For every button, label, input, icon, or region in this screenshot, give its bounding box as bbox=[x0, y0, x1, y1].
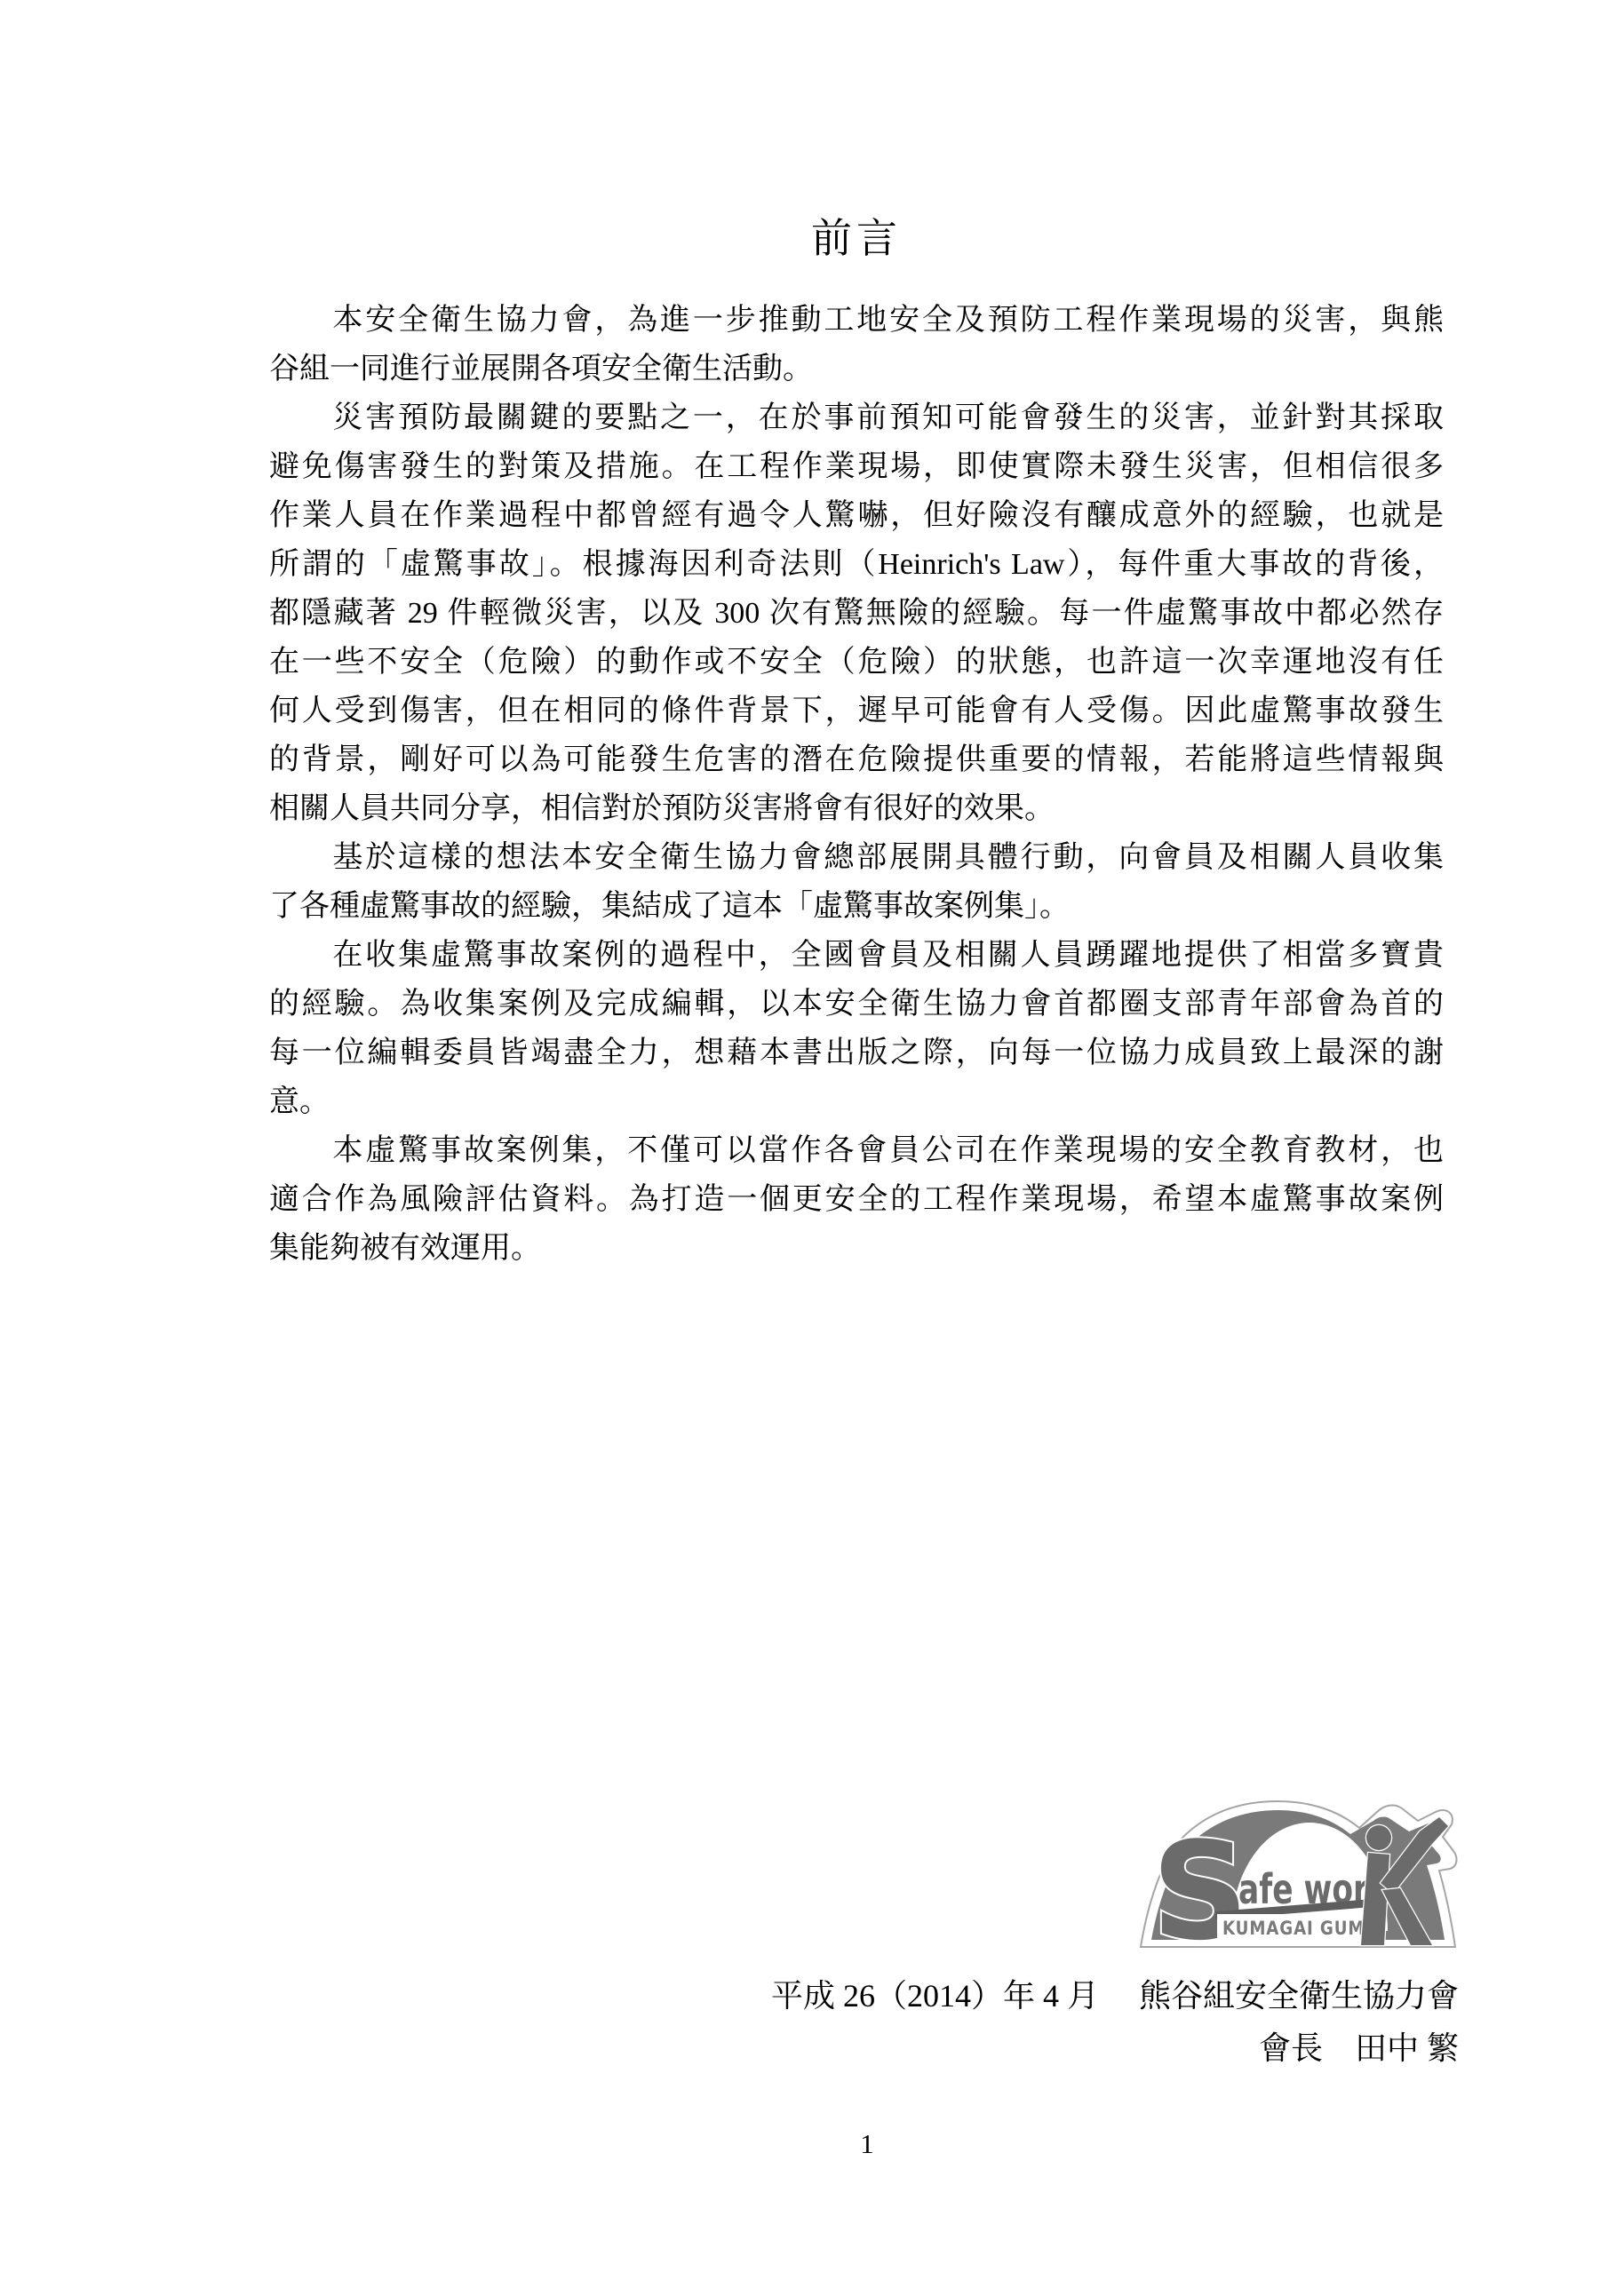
logo-banner-text: KUMAGAI GUMI bbox=[1222, 1918, 1372, 1939]
body-line: 的經驗。為收集案例及完成編輯，以本安全衛生協力會首都圈支部青年部會為首的 bbox=[269, 980, 1444, 1029]
body-line: 意。 bbox=[269, 1077, 1444, 1126]
body-line: 本安全衛生協力會，為進一步推動工地安全及預防工程作業現場的災害，與熊 bbox=[269, 296, 1444, 345]
publication-line: 平成 26（2014）年 4 月 熊谷組安全衛生協力會 bbox=[269, 1970, 1459, 2022]
safework-logo-icon: S afe wor KUMAGAI GUMI bbox=[1126, 1798, 1468, 1958]
body-line: 谷組一同進行並展開各項安全衛生活動。 bbox=[269, 345, 1444, 393]
footer-block: 平成 26（2014）年 4 月 熊谷組安全衛生協力會 會長 田中 繁 bbox=[269, 1970, 1459, 2075]
body-line: 適合作為風險評估資料。為打造一個更安全的工程作業現場，希望本虛驚事故案例 bbox=[269, 1175, 1444, 1224]
preface-body: 本安全衛生協力會，為進一步推動工地安全及預防工程作業現場的災害，與熊谷組一同進行… bbox=[269, 296, 1444, 1273]
body-line: 避免傷害發生的對策及措施。在工程作業現場，即使實際未發生災害，但相信很多 bbox=[269, 442, 1444, 491]
body-line: 何人受到傷害，但在相同的條件背景下，遲早可能會有人受傷。因此虛驚事故發生 bbox=[269, 687, 1444, 735]
safework-logo: S afe wor KUMAGAI GUMI bbox=[1126, 1798, 1468, 1958]
body-line: 所謂的「虛驚事故」。根據海因利奇法則（Heinrich's Law），每件重大事… bbox=[269, 540, 1444, 589]
body-line: 相關人員共同分享，相信對於預防災害將會有很好的效果。 bbox=[269, 784, 1444, 833]
body-line: 在收集虛驚事故案例的過程中，全國會員及相關人員踴躍地提供了相當多寶貴 bbox=[269, 931, 1444, 980]
body-line: 集能夠被有效運用。 bbox=[269, 1224, 1444, 1273]
body-line: 基於這樣的想法本安全衛生協力會總部展開具體行動，向會員及相關人員收集 bbox=[269, 833, 1444, 882]
body-line: 每一位編輯委員皆竭盡全力，想藉本書出版之際，向每一位協力成員致上最深的謝 bbox=[269, 1029, 1444, 1077]
body-line: 了各種虛驚事故的經驗，集結成了這本「虛驚事故案例集」。 bbox=[269, 882, 1444, 931]
body-line: 本虛驚事故案例集，不僅可以當作各會員公司在作業現場的安全教育教材，也 bbox=[269, 1126, 1444, 1175]
body-line: 災害預防最關鍵的要點之一，在於事前預知可能會發生的災害，並針對其採取 bbox=[269, 393, 1444, 442]
body-line: 都隱藏著 29 件輕微災害，以及 300 次有驚無險的經驗。每一件虛驚事故中都必… bbox=[269, 589, 1444, 638]
k-head bbox=[1366, 1825, 1391, 1850]
body-line: 作業人員在作業過程中都曾經有過令人驚嚇，但好險沒有釀成意外的經驗，也就是 bbox=[269, 491, 1444, 540]
body-line: 的背景，剛好可以為可能發生危害的潛在危險提供重要的情報，若能將這些情報與 bbox=[269, 735, 1444, 784]
page-number: 1 bbox=[269, 2128, 1465, 2160]
body-line: 在一些不安全（危險）的動作或不安全（危險）的狀態，也許這一次幸運地沒有任 bbox=[269, 638, 1444, 687]
page-title: 前言 bbox=[269, 217, 1444, 262]
chairman-line: 會長 田中 繁 bbox=[269, 2022, 1459, 2075]
document-page: 前言 本安全衛生協力會，為進一步推動工地安全及預防工程作業現場的災害，與熊谷組一… bbox=[0, 0, 1616, 2296]
